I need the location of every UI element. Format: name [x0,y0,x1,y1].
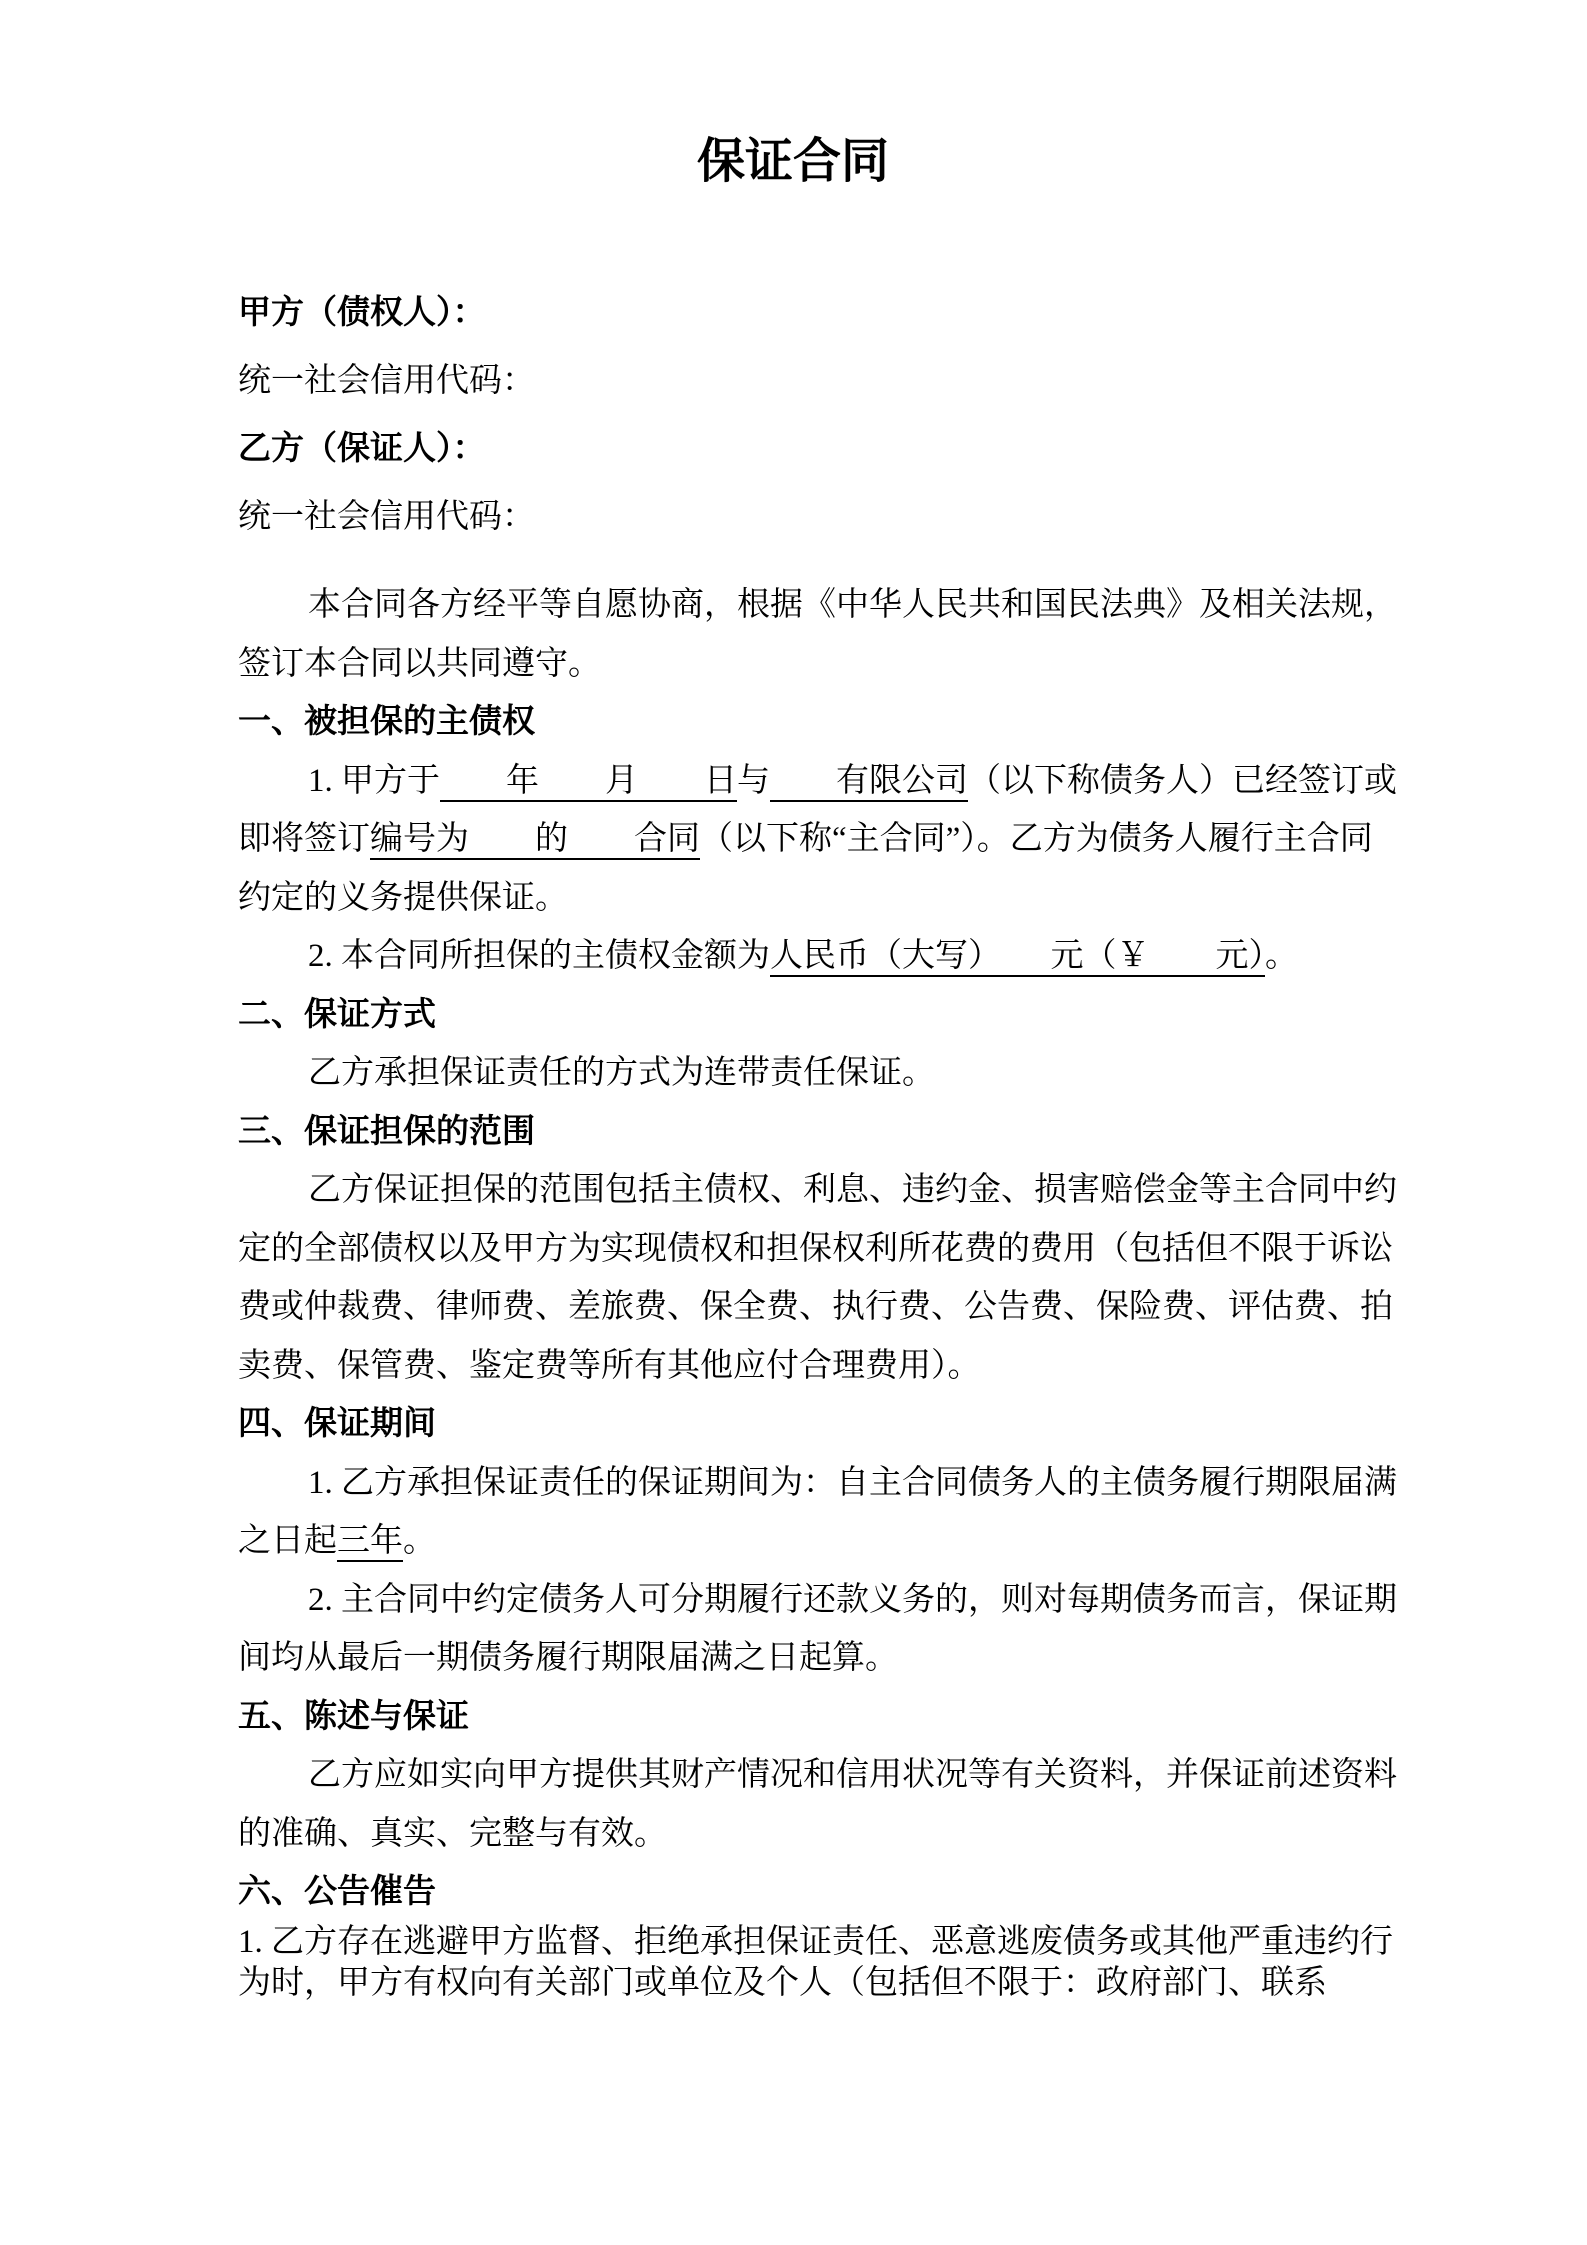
party-b-credit-code-label: 统一社会信用代码： [238,483,1587,551]
section-5-heading: 五、陈述与保证 [238,1688,1498,1747]
document-title: 保证合同 [238,133,1348,191]
contract-page: 保证合同 甲方（债权人）： 统一社会信用代码： 乙方（保证人）： 统一社会信用代… [0,0,1587,2245]
section-3-body: 乙方保证担保的范围包括主债权、利息、违约金、损害赔偿金等主合同中约 定的全部债权… [238,1161,1498,1395]
section-2-body: 乙方承担保证责任的方式为连带责任保证。 [238,1044,1498,1103]
party-b-label: 乙方（保证人）： [238,415,1587,483]
section-2-heading: 二、保证方式 [238,986,1498,1045]
blank-date-underline: 年 月 日 [440,763,737,802]
section-1-clause-1: 1. 甲方于 年 月 日与 有限公司（以下称债务人）已经签订或 即将签订编号为 … [238,752,1498,928]
section-3-heading: 三、保证担保的范围 [238,1103,1498,1162]
blank-amount-underline: 人民币（大写） 元（￥ 元） [770,938,1265,977]
clause-text: 。 [403,1523,436,1559]
blank-contract-number-underline: 编号为 的 合同 [370,821,700,860]
section-4-heading: 四、保证期间 [238,1395,1498,1454]
section-1-clause-2: 2. 本合同所担保的主债权金额为人民币（大写） 元（￥ 元）。 [238,927,1498,986]
party-block: 甲方（债权人）： 统一社会信用代码： 乙方（保证人）： 统一社会信用代码： [238,279,1587,551]
section-4-clause-1: 1. 乙方承担保证责任的保证期间为：自主合同债务人的主债务履行期限届满 之日起三… [238,1454,1498,1571]
section-1-heading: 一、被担保的主债权 [238,693,1498,752]
preamble-paragraph: 本合同各方经平等自愿协商，根据《中华人民共和国民法典》及相关法规， 签订本合同以… [238,576,1498,693]
section-6-heading: 六、公告催告 [238,1863,1498,1922]
party-a-label: 甲方（债权人）： [238,279,1587,347]
blank-company-underline: 有限公司 [770,763,968,802]
clause-text: 2. 本合同所担保的主债权金额为 [308,938,770,974]
party-a-credit-code-label: 统一社会信用代码： [238,347,1587,415]
section-5-body: 乙方应如实向甲方提供其财产情况和信用状况等有关资料，并保证前述资料 的准确、真实… [238,1746,1498,1863]
clause-text: 1. 甲方于 [308,763,440,799]
blank-period-underline: 三年 [337,1523,403,1562]
contract-body: 本合同各方经平等自愿协商，根据《中华人民共和国民法典》及相关法规， 签订本合同以… [238,576,1498,2004]
clause-text: 与 [737,763,770,799]
clause-text: 。 [1265,938,1298,974]
section-4-clause-2: 2. 主合同中约定债务人可分期履行还款义务的，则对每期债务而言，保证期 间均从最… [238,1571,1498,1688]
section-6-body: 1. 乙方存在逃避甲方监督、拒绝承担保证责任、恶意逃废债务或其他严重违约行 为时… [238,1922,1498,2004]
